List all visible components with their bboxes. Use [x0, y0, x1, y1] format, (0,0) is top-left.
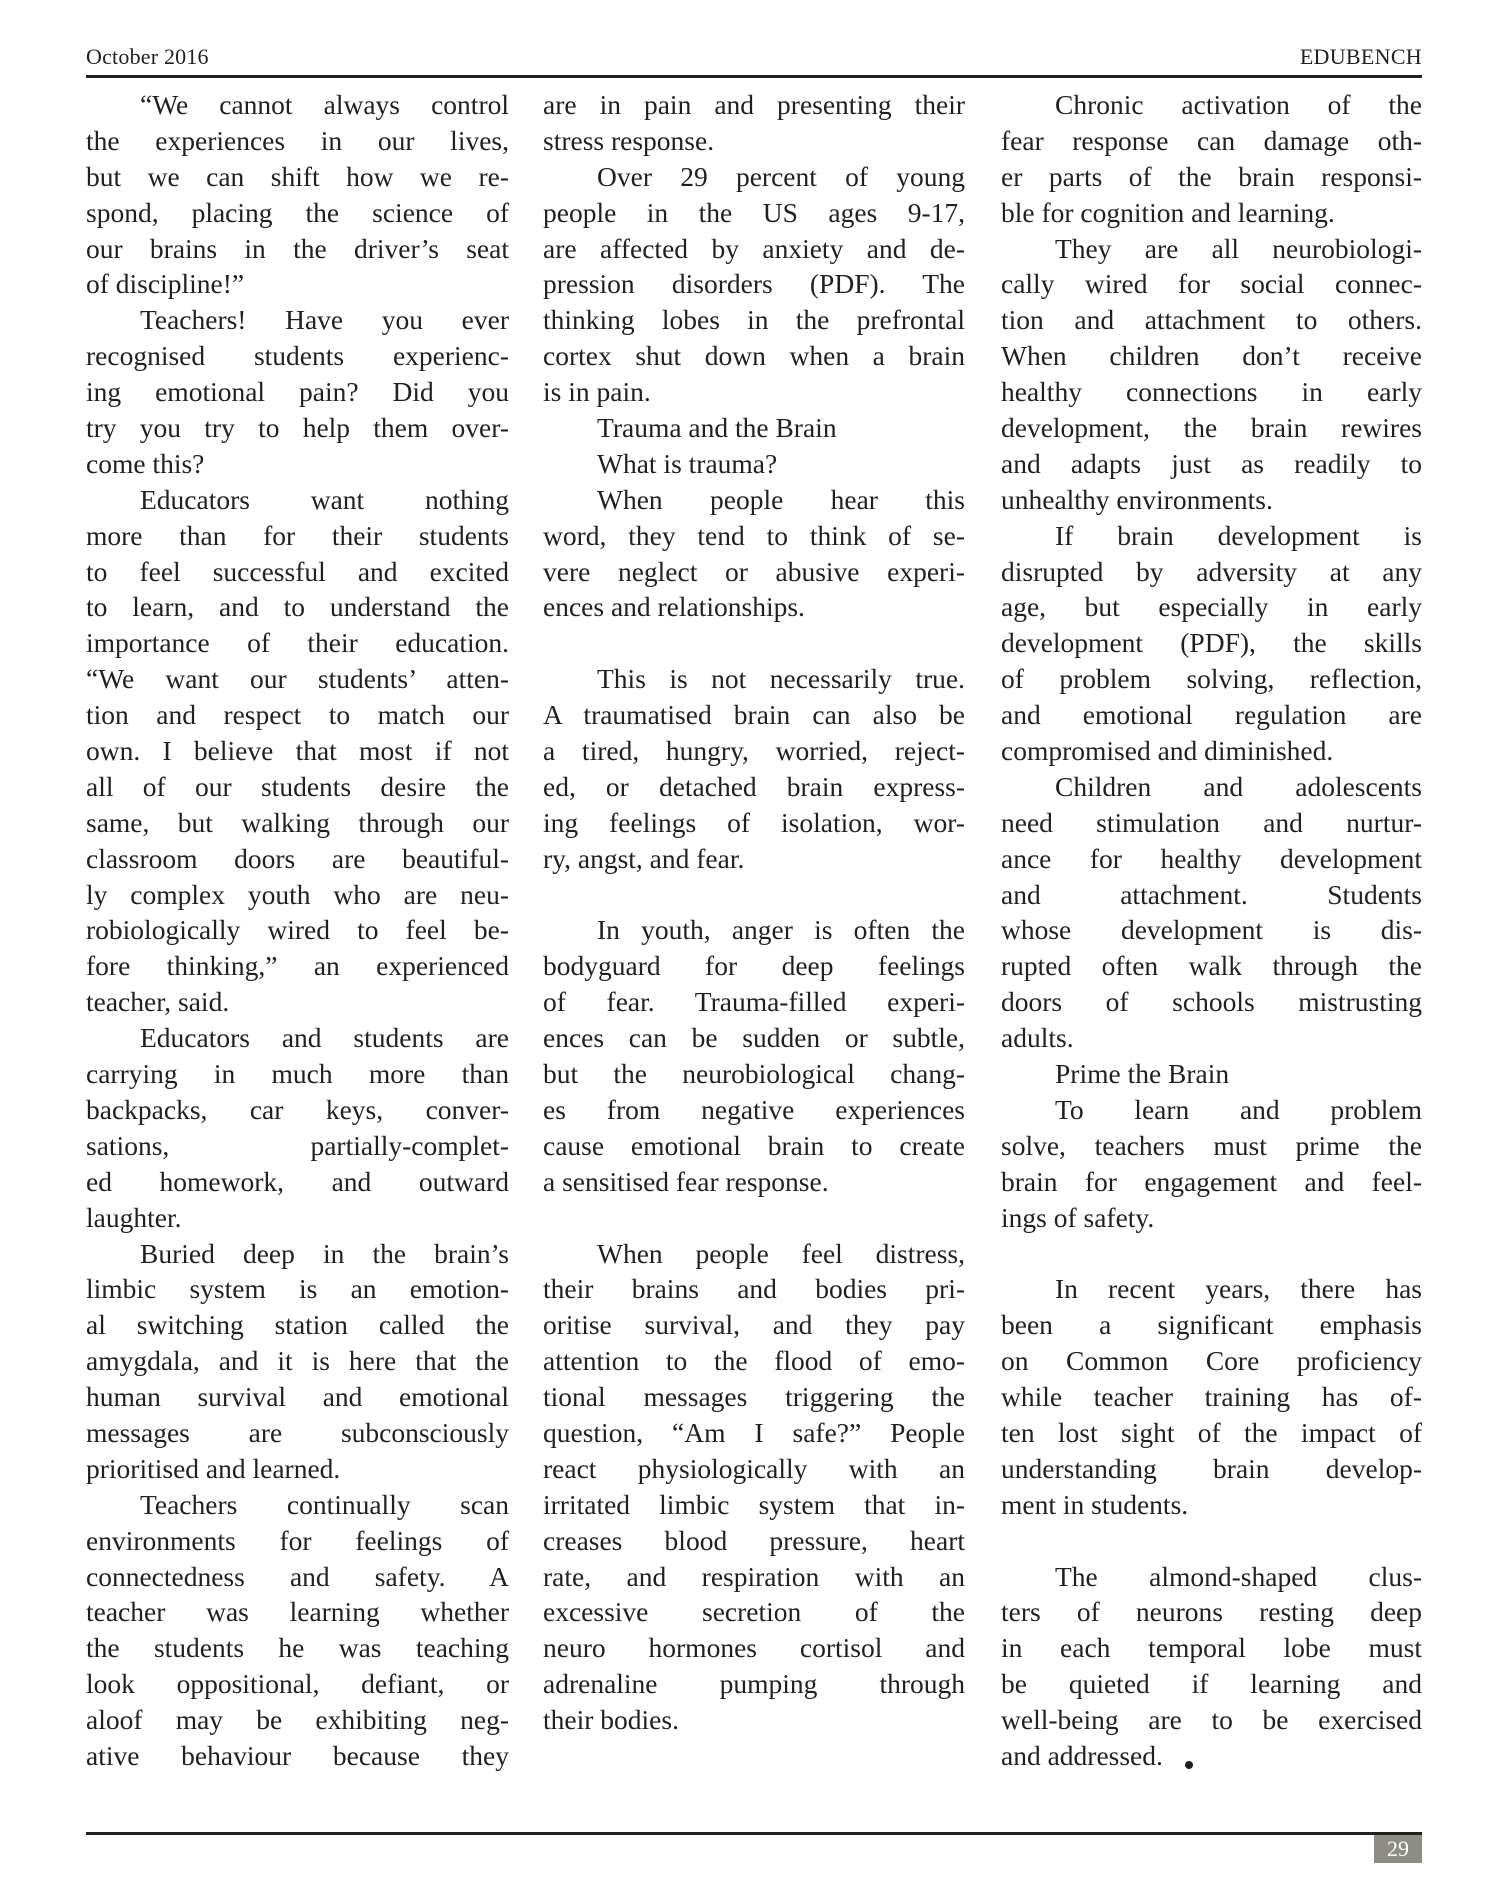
- text-line: is in pain.: [543, 374, 965, 410]
- text-line: A traumatised brain can also be: [543, 697, 965, 733]
- text-line: and attachment. Students: [1001, 877, 1422, 913]
- line-text: are in pain and presenting their: [543, 89, 965, 120]
- text-line: a sensitised fear response.: [543, 1164, 965, 1200]
- line-text: “We cannot always control: [140, 89, 509, 120]
- line-text: Trauma and the Brain: [597, 412, 837, 443]
- text-line: question, “Am I safe?” People: [543, 1415, 965, 1451]
- text-line: Educators and students are: [86, 1020, 509, 1056]
- text-line: development, the brain rewires: [1001, 410, 1422, 446]
- text-line: This is not necessarily true.: [543, 661, 965, 697]
- line-text: to learn, and to understand the: [86, 591, 509, 622]
- footer-rule: [86, 1832, 1422, 1835]
- text-line: thinking lobes in the prefrontal: [543, 302, 965, 338]
- line-text: neuro hormones cortisol and: [543, 1632, 965, 1663]
- line-text: environments for feelings of: [86, 1525, 509, 1556]
- text-line: adults.: [1001, 1020, 1422, 1056]
- blank-line: [1001, 1236, 1422, 1272]
- line-text: ment in students.: [1001, 1489, 1188, 1520]
- text-line: prioritised and learned.: [86, 1451, 509, 1487]
- line-text: Educators want nothing: [140, 484, 509, 515]
- running-head: October 2016 EDUBENCH: [86, 44, 1422, 74]
- text-line: doors of schools mistrusting: [1001, 984, 1422, 1020]
- line-text: their bodies.: [543, 1704, 679, 1735]
- text-line: own. I believe that most if not: [86, 733, 509, 769]
- line-text: same, but walking through our: [86, 807, 509, 838]
- line-text: of problem solving, reflection,: [1001, 663, 1422, 694]
- text-line: recognised students experienc-: [86, 338, 509, 374]
- line-text: In youth, anger is often the: [597, 914, 965, 945]
- line-text: ance for healthy development: [1001, 843, 1422, 874]
- line-text: stress response.: [543, 125, 714, 156]
- text-line: cally wired for social connec-: [1001, 266, 1422, 302]
- line-text: Over 29 percent of young: [597, 161, 965, 192]
- line-text: and emotional regulation are: [1001, 699, 1422, 730]
- line-text: tion and attachment to others.: [1001, 304, 1422, 335]
- line-text: rate, and respiration with an: [543, 1561, 965, 1592]
- text-line: sations, partially-complet-: [86, 1128, 509, 1164]
- line-text: Buried deep in the brain’s: [140, 1238, 509, 1269]
- text-line: When children don’t receive: [1001, 338, 1422, 374]
- line-text: prioritised and learned.: [86, 1453, 340, 1484]
- line-text: amygdala, and it is here that the: [86, 1345, 509, 1376]
- line-text: fore thinking,” an experienced: [86, 950, 509, 981]
- text-line: compromised and diminished.: [1001, 733, 1422, 769]
- text-line: limbic system is an emotion-: [86, 1271, 509, 1307]
- text-line: teacher, said.: [86, 984, 509, 1020]
- line-text: been a significant emphasis: [1001, 1309, 1422, 1340]
- text-line: of discipline!”: [86, 266, 509, 302]
- line-text: their brains and bodies pri-: [543, 1273, 965, 1304]
- line-text: of fear. Trauma-filled experi-: [543, 986, 965, 1017]
- text-line: disrupted by adversity at any: [1001, 554, 1422, 590]
- text-line: fore thinking,” an experienced: [86, 948, 509, 984]
- line-text: Teachers continually scan: [140, 1489, 509, 1520]
- line-text: A traumatised brain can also be: [543, 699, 965, 730]
- line-text: age, but especially in early: [1001, 591, 1422, 622]
- text-line: connectedness and safety. A: [86, 1559, 509, 1595]
- line-text: What is trauma?: [597, 448, 777, 479]
- line-text: brain for engagement and feel-: [1001, 1166, 1422, 1197]
- article-column-3: Chronic activation of thefear response c…: [1001, 87, 1422, 1774]
- text-line: carrying in much more than: [86, 1056, 509, 1092]
- text-line: ences and relationships.: [543, 589, 965, 625]
- text-line: tion and attachment to others.: [1001, 302, 1422, 338]
- line-text: are affected by anxiety and de-: [543, 233, 965, 264]
- line-text: In recent years, there has: [1055, 1273, 1422, 1304]
- text-line: They are all neurobiologi-: [1001, 231, 1422, 267]
- line-text: importance of their education.: [86, 627, 509, 658]
- section-subheading: What is trauma?: [543, 446, 965, 482]
- text-line: Teachers! Have you ever: [86, 302, 509, 338]
- line-text: Children and adolescents: [1055, 771, 1422, 802]
- line-text: development (PDF), the skills: [1001, 627, 1422, 658]
- text-line: messages are subconsciously: [86, 1415, 509, 1451]
- line-text: connectedness and safety. A: [86, 1561, 509, 1592]
- line-text: tion and respect to match our: [86, 699, 509, 730]
- text-line: In youth, anger is often the: [543, 912, 965, 948]
- line-text: messages are subconsciously: [86, 1417, 509, 1448]
- header-rule: [86, 75, 1422, 78]
- text-line: but we can shift how we re-: [86, 159, 509, 195]
- blank-line: [543, 625, 965, 661]
- text-line: vere neglect or abusive experi-: [543, 554, 965, 590]
- line-text: laughter.: [86, 1202, 181, 1233]
- line-text: our brains in the driver’s seat: [86, 233, 509, 264]
- text-line: age, but especially in early: [1001, 589, 1422, 625]
- text-line: teacher was learning whether: [86, 1594, 509, 1630]
- text-line: backpacks, car keys, conver-: [86, 1092, 509, 1128]
- text-line: react physiologically with an: [543, 1451, 965, 1487]
- text-line: need stimulation and nurtur-: [1001, 805, 1422, 841]
- line-text: ative behaviour because they: [86, 1740, 509, 1771]
- line-text: on Common Core proficiency: [1001, 1345, 1422, 1376]
- text-line: development (PDF), the skills: [1001, 625, 1422, 661]
- line-text: To learn and problem: [1055, 1094, 1422, 1125]
- line-text: Teachers! Have you ever: [140, 304, 509, 335]
- line-text: and attachment. Students: [1001, 879, 1422, 910]
- line-text: ences can be sudden or subtle,: [543, 1022, 965, 1053]
- text-line: “We cannot always control: [86, 87, 509, 123]
- text-line: brain for engagement and feel-: [1001, 1164, 1422, 1200]
- text-line: to learn, and to understand the: [86, 589, 509, 625]
- text-line: tional messages triggering the: [543, 1379, 965, 1415]
- line-text: carrying in much more than: [86, 1058, 509, 1089]
- text-line: to feel successful and excited: [86, 554, 509, 590]
- text-line: rate, and respiration with an: [543, 1559, 965, 1595]
- line-text: to feel successful and excited: [86, 556, 509, 587]
- text-line: To learn and problem: [1001, 1092, 1422, 1128]
- line-text: unhealthy environments.: [1001, 484, 1273, 515]
- text-line: ance for healthy development: [1001, 841, 1422, 877]
- text-line: ings of safety.: [1001, 1200, 1422, 1236]
- text-line: on Common Core proficiency: [1001, 1343, 1422, 1379]
- text-line: are affected by anxiety and de-: [543, 231, 965, 267]
- section-subheading: Prime the Brain: [1001, 1056, 1422, 1092]
- text-line: ly complex youth who are neu-: [86, 877, 509, 913]
- text-line: ters of neurons resting deep: [1001, 1594, 1422, 1630]
- text-line: healthy connections in early: [1001, 374, 1422, 410]
- text-line: pression disorders (PDF). The: [543, 266, 965, 302]
- line-text: es from negative experiences: [543, 1094, 965, 1125]
- line-text: but we can shift how we re-: [86, 161, 509, 192]
- text-line: es from negative experiences: [543, 1092, 965, 1128]
- line-text: whose development is dis-: [1001, 914, 1422, 945]
- text-line: robiologically wired to feel be-: [86, 912, 509, 948]
- end-of-article-bullet-icon: [1185, 1761, 1193, 1769]
- line-text: all of our students desire the: [86, 771, 509, 802]
- text-line: Chronic activation of the: [1001, 87, 1422, 123]
- issue-date: October 2016: [86, 44, 209, 70]
- line-text: try you try to help them over-: [86, 412, 509, 443]
- line-text: limbic system is an emotion-: [86, 1273, 509, 1304]
- line-text: rupted often walk through the: [1001, 950, 1422, 981]
- text-line: Children and adolescents: [1001, 769, 1422, 805]
- line-text: need stimulation and nurtur-: [1001, 807, 1422, 838]
- line-text: in each temporal lobe must: [1001, 1632, 1422, 1663]
- text-line: adrenaline pumping through: [543, 1666, 965, 1702]
- line-text: adults.: [1001, 1022, 1074, 1053]
- text-line: ed, or detached brain express-: [543, 769, 965, 805]
- text-line: are in pain and presenting their: [543, 87, 965, 123]
- text-line: while teacher training has of-: [1001, 1379, 1422, 1415]
- text-line: ing feelings of isolation, wor-: [543, 805, 965, 841]
- text-line: ble for cognition and learning.: [1001, 195, 1422, 231]
- line-text: cortex shut down when a brain: [543, 340, 965, 371]
- text-line: unhealthy environments.: [1001, 482, 1422, 518]
- text-line: When people feel distress,: [543, 1236, 965, 1272]
- text-line: people in the US ages 9-17,: [543, 195, 965, 231]
- line-text: aloof may be exhibiting neg-: [86, 1704, 509, 1735]
- line-text: cause emotional brain to create: [543, 1130, 965, 1161]
- text-line: and adapts just as readily to: [1001, 446, 1422, 482]
- line-text: compromised and diminished.: [1001, 735, 1333, 766]
- text-line: er parts of the brain responsi-: [1001, 159, 1422, 195]
- line-text: question, “Am I safe?” People: [543, 1417, 965, 1448]
- text-line: whose development is dis-: [1001, 912, 1422, 948]
- line-text: development, the brain rewires: [1001, 412, 1422, 443]
- line-text: When children don’t receive: [1001, 340, 1422, 371]
- line-text: bodyguard for deep feelings: [543, 950, 965, 981]
- section-subheading: Trauma and the Brain: [543, 410, 965, 446]
- line-text: well-being are to be exercised: [1001, 1704, 1422, 1735]
- text-line: of problem solving, reflection,: [1001, 661, 1422, 697]
- line-text: and addressed.: [1001, 1740, 1163, 1771]
- text-line: oritise survival, and they pay: [543, 1307, 965, 1343]
- text-line: cause emotional brain to create: [543, 1128, 965, 1164]
- text-line: ences can be sudden or subtle,: [543, 1020, 965, 1056]
- line-text: The almond-shaped clus-: [1055, 1561, 1422, 1592]
- line-text: vere neglect or abusive experi-: [543, 556, 965, 587]
- text-line: same, but walking through our: [86, 805, 509, 841]
- text-line: The almond-shaped clus-: [1001, 1559, 1422, 1595]
- line-text: ing emotional pain? Did you: [86, 376, 509, 407]
- text-line: and emotional regulation are: [1001, 697, 1422, 733]
- text-line: all of our students desire the: [86, 769, 509, 805]
- text-line: a tired, hungry, worried, reject-: [543, 733, 965, 769]
- text-line: amygdala, and it is here that the: [86, 1343, 509, 1379]
- line-text: ry, angst, and fear.: [543, 843, 744, 874]
- text-line: Buried deep in the brain’s: [86, 1236, 509, 1272]
- text-line: solve, teachers must prime the: [1001, 1128, 1422, 1164]
- text-line: importance of their education.: [86, 625, 509, 661]
- text-line: of fear. Trauma-filled experi-: [543, 984, 965, 1020]
- line-text: “We want our students’ atten-: [86, 663, 509, 694]
- line-text: come this?: [86, 448, 204, 479]
- text-line: been a significant emphasis: [1001, 1307, 1422, 1343]
- text-line: bodyguard for deep feelings: [543, 948, 965, 984]
- text-line: Over 29 percent of young: [543, 159, 965, 195]
- line-text: robiologically wired to feel be-: [86, 914, 509, 945]
- line-text: more than for their students: [86, 520, 509, 551]
- text-line: If brain development is: [1001, 518, 1422, 554]
- article-column-2: are in pain and presenting theirstress r…: [543, 87, 965, 1738]
- line-text: If brain development is: [1055, 520, 1422, 551]
- text-line: human survival and emotional: [86, 1379, 509, 1415]
- blank-line: [1001, 1523, 1422, 1559]
- line-text: human survival and emotional: [86, 1381, 509, 1412]
- line-text: disrupted by adversity at any: [1001, 556, 1422, 587]
- line-text: thinking lobes in the prefrontal: [543, 304, 965, 335]
- text-line: well-being are to be exercised: [1001, 1702, 1422, 1738]
- text-line: be quieted if learning and: [1001, 1666, 1422, 1702]
- text-line: When people hear this: [543, 482, 965, 518]
- line-text: When people hear this: [597, 484, 965, 515]
- text-line: classroom doors are beautiful-: [86, 841, 509, 877]
- line-text: backpacks, car keys, conver-: [86, 1094, 509, 1125]
- text-line: Teachers continually scan: [86, 1487, 509, 1523]
- text-line: spond, placing the science of: [86, 195, 509, 231]
- line-text: Prime the Brain: [1055, 1058, 1229, 1089]
- text-line: ative behaviour because they: [86, 1738, 509, 1774]
- text-line: ment in students.: [1001, 1487, 1422, 1523]
- text-line: “We want our students’ atten-: [86, 661, 509, 697]
- line-text: ed homework, and outward: [86, 1166, 509, 1197]
- line-text: react physiologically with an: [543, 1453, 965, 1484]
- line-text: ters of neurons resting deep: [1001, 1596, 1422, 1627]
- line-text: This is not necessarily true.: [597, 663, 965, 694]
- text-line: aloof may be exhibiting neg-: [86, 1702, 509, 1738]
- line-text: understanding brain develop-: [1001, 1453, 1422, 1484]
- text-line: rupted often walk through the: [1001, 948, 1422, 984]
- page-number: 29: [1374, 1835, 1422, 1863]
- line-text: irritated limbic system that in-: [543, 1489, 965, 1520]
- text-line: attention to the flood of emo-: [543, 1343, 965, 1379]
- line-text: They are all neurobiologi-: [1055, 233, 1422, 264]
- text-line: fear response can damage oth-: [1001, 123, 1422, 159]
- blank-line: [543, 877, 965, 913]
- line-text: ed, or detached brain express-: [543, 771, 965, 802]
- line-text: of discipline!”: [86, 268, 244, 299]
- text-line: environments for feelings of: [86, 1523, 509, 1559]
- line-text: the students he was teaching: [86, 1632, 509, 1663]
- text-line: Educators want nothing: [86, 482, 509, 518]
- line-text: doors of schools mistrusting: [1001, 986, 1422, 1017]
- text-line: and addressed.: [1001, 1738, 1422, 1774]
- text-line: word, they tend to think of se-: [543, 518, 965, 554]
- text-line: understanding brain develop-: [1001, 1451, 1422, 1487]
- line-text: pression disorders (PDF). The: [543, 268, 965, 299]
- line-text: sations, partially-complet-: [86, 1130, 509, 1161]
- text-line: more than for their students: [86, 518, 509, 554]
- text-line: in each temporal lobe must: [1001, 1630, 1422, 1666]
- article-column-1: “We cannot always controlthe experiences…: [86, 87, 509, 1774]
- line-text: but the neurobiological chang-: [543, 1058, 965, 1089]
- line-text: cally wired for social connec-: [1001, 268, 1422, 299]
- line-text: fear response can damage oth-: [1001, 125, 1422, 156]
- text-line: their brains and bodies pri-: [543, 1271, 965, 1307]
- line-text: attention to the flood of emo-: [543, 1345, 965, 1376]
- text-line: cortex shut down when a brain: [543, 338, 965, 374]
- line-text: ences and relationships.: [543, 591, 805, 622]
- line-text: er parts of the brain responsi-: [1001, 161, 1422, 192]
- text-line: ed homework, and outward: [86, 1164, 509, 1200]
- line-text: ing feelings of isolation, wor-: [543, 807, 965, 838]
- line-text: excessive secretion of the: [543, 1596, 965, 1627]
- line-text: tional messages triggering the: [543, 1381, 965, 1412]
- text-line: come this?: [86, 446, 509, 482]
- line-text: adrenaline pumping through: [543, 1668, 965, 1699]
- line-text: ble for cognition and learning.: [1001, 197, 1335, 228]
- text-line: look oppositional, defiant, or: [86, 1666, 509, 1702]
- line-text: healthy connections in early: [1001, 376, 1422, 407]
- line-text: ly complex youth who are neu-: [86, 879, 509, 910]
- line-text: the experiences in our lives,: [86, 125, 509, 156]
- text-line: ing emotional pain? Did you: [86, 374, 509, 410]
- text-line: ry, angst, and fear.: [543, 841, 965, 877]
- line-text: look oppositional, defiant, or: [86, 1668, 509, 1699]
- line-text: a tired, hungry, worried, reject-: [543, 735, 965, 766]
- line-text: classroom doors are beautiful-: [86, 843, 509, 874]
- text-line: their bodies.: [543, 1702, 965, 1738]
- text-line: al switching station called the: [86, 1307, 509, 1343]
- text-line: excessive secretion of the: [543, 1594, 965, 1630]
- line-text: When people feel distress,: [597, 1238, 965, 1269]
- line-text: solve, teachers must prime the: [1001, 1130, 1422, 1161]
- text-line: the experiences in our lives,: [86, 123, 509, 159]
- text-line: stress response.: [543, 123, 965, 159]
- blank-line: [543, 1200, 965, 1236]
- line-text: al switching station called the: [86, 1309, 509, 1340]
- line-text: recognised students experienc-: [86, 340, 509, 371]
- line-text: and adapts just as readily to: [1001, 448, 1422, 479]
- line-text: spond, placing the science of: [86, 197, 509, 228]
- text-line: the students he was teaching: [86, 1630, 509, 1666]
- text-line: try you try to help them over-: [86, 410, 509, 446]
- text-line: ten lost sight of the impact of: [1001, 1415, 1422, 1451]
- line-text: ings of safety.: [1001, 1202, 1154, 1233]
- line-text: a sensitised fear response.: [543, 1166, 829, 1197]
- text-line: our brains in the driver’s seat: [86, 231, 509, 267]
- line-text: is in pain.: [543, 376, 651, 407]
- line-text: teacher, said.: [86, 986, 229, 1017]
- text-line: but the neurobiological chang-: [543, 1056, 965, 1092]
- line-text: creases blood pressure, heart: [543, 1525, 965, 1556]
- text-line: irritated limbic system that in-: [543, 1487, 965, 1523]
- line-text: Chronic activation of the: [1055, 89, 1422, 120]
- line-text: own. I believe that most if not: [86, 735, 509, 766]
- line-text: while teacher training has of-: [1001, 1381, 1422, 1412]
- line-text: ten lost sight of the impact of: [1001, 1417, 1422, 1448]
- text-line: neuro hormones cortisol and: [543, 1630, 965, 1666]
- line-text: people in the US ages 9-17,: [543, 197, 965, 228]
- line-text: be quieted if learning and: [1001, 1668, 1422, 1699]
- publication-name: EDUBENCH: [1300, 44, 1422, 70]
- text-line: laughter.: [86, 1200, 509, 1236]
- line-text: teacher was learning whether: [86, 1596, 509, 1627]
- text-line: In recent years, there has: [1001, 1271, 1422, 1307]
- text-line: creases blood pressure, heart: [543, 1523, 965, 1559]
- line-text: word, they tend to think of se-: [543, 520, 965, 551]
- line-text: oritise survival, and they pay: [543, 1309, 965, 1340]
- text-line: tion and respect to match our: [86, 697, 509, 733]
- line-text: Educators and students are: [140, 1022, 509, 1053]
